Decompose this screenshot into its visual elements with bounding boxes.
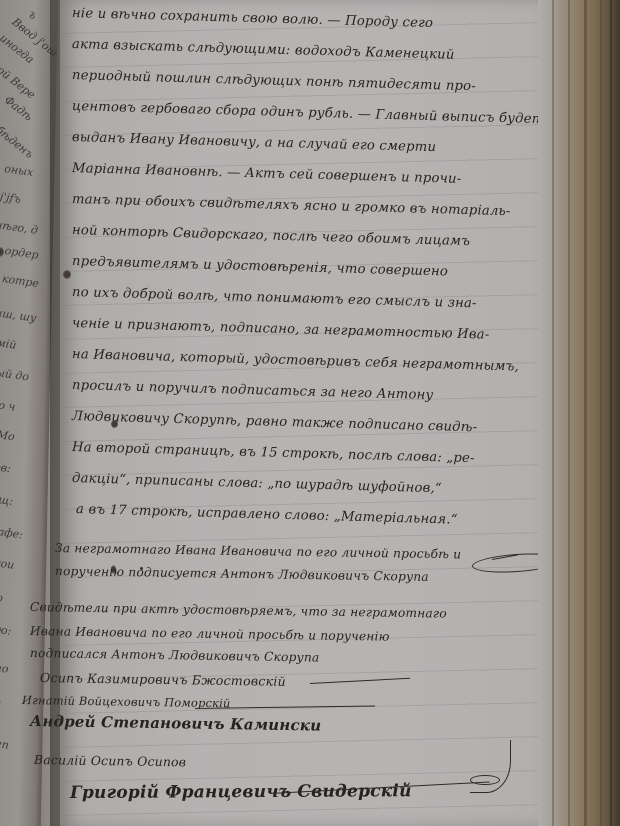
page-edge-line [584,0,587,826]
page-stack-edge [538,0,620,826]
left-page-text: мiй [0,336,17,352]
ink-blot [111,420,118,428]
left-page-text: ой Вере [0,63,38,101]
left-page-text: до [0,694,2,709]
left-page-text: j'јfъ [0,190,22,206]
document-photo: ъ Ввод j'ош иногда ой Вере Фадѣ бѣденъ о… [0,0,620,826]
left-page-text: иш, шу [0,306,37,325]
page-edge-line [610,0,612,826]
left-page-text: оных [3,162,34,179]
left-page-text: нѣго, д [0,218,39,237]
page-edge-line [568,0,570,826]
left-page-text: котре [1,272,40,290]
left-page-text: ло [0,590,4,605]
left-page-text: Мо [0,428,16,443]
main-page: нiе и вѣчно сохранить свою волю. — Пород… [60,0,538,826]
left-page-text: кои [0,556,15,572]
ink-blot [63,270,71,279]
left-page-text: ищ: [0,492,14,508]
left-page-text: лио [0,660,10,676]
left-page-text: ов: [0,460,12,475]
left-page-text: деп [0,736,10,752]
left-page-text: ню: [0,622,12,638]
left-page-text: ъ [26,7,40,22]
left-page-text: ордер [4,244,40,262]
left-page-text: рафе: [0,524,24,541]
left-page-text: бѣденъ [0,123,36,161]
left-page-text: ый до [0,366,30,383]
left-page-text: ю ч [0,398,16,414]
notary-signature: Григорій Францевичъ Свидерскій [70,781,412,803]
notary-signature-loop [470,775,500,785]
witness-signature-4: Василій Осипъ Осипов [34,752,186,769]
page-edge-line [600,0,602,826]
page-edge-line [552,0,554,826]
